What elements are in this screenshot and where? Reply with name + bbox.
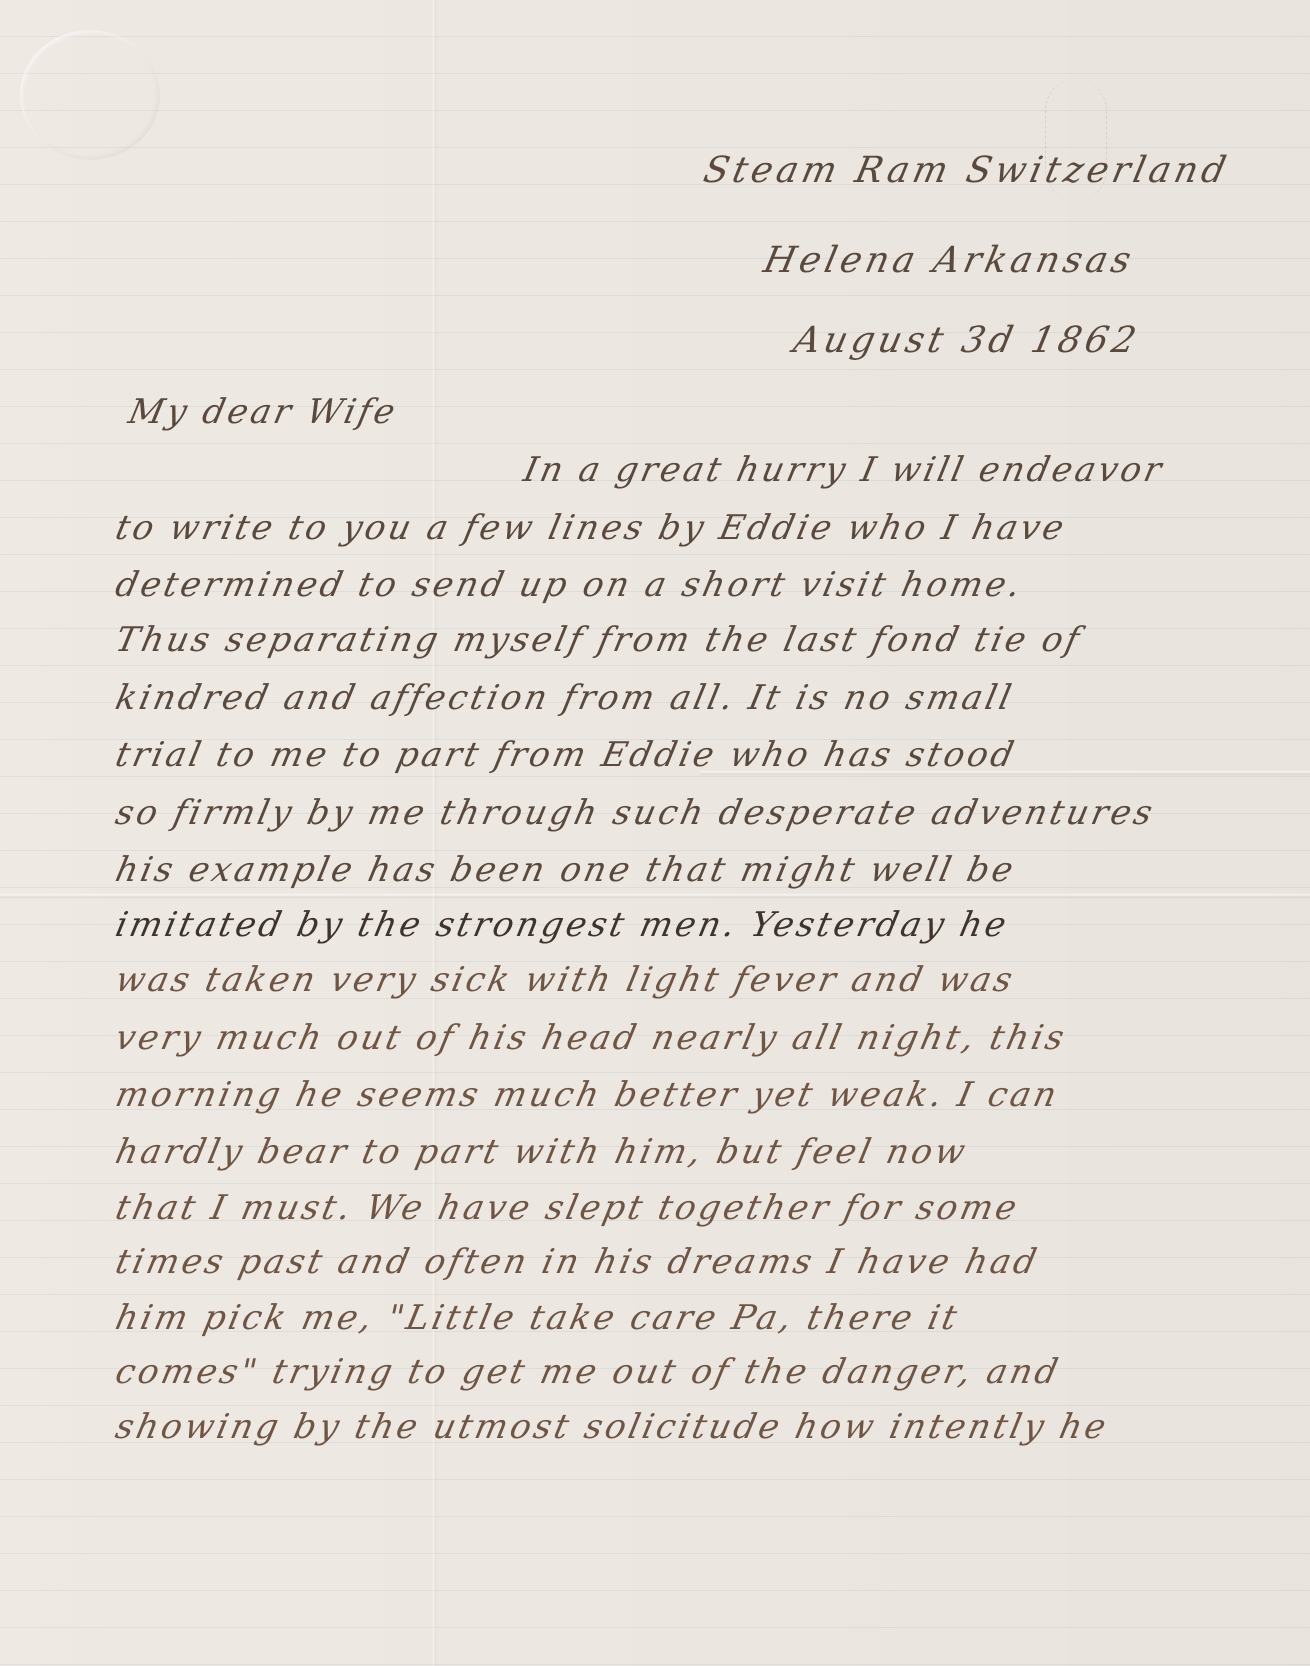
body-line: imitated by the strongest men. Yesterday…: [112, 905, 1013, 945]
paper-emboss-mark: [20, 30, 160, 160]
heading-place-line-1: Steam Ram Switzerland: [700, 150, 1233, 191]
body-line: times past and often in his dreams I hav…: [112, 1242, 1043, 1282]
heading-date: August 3d 1862: [790, 320, 1144, 361]
heading-place-line-2: Helena Arkansas: [760, 240, 1138, 281]
body-line: hardly bear to part with him, but feel n…: [112, 1132, 972, 1172]
body-line: In a great hurry I will endeavor: [520, 450, 1168, 490]
body-line: him pick me, "Little take care Pa, there…: [112, 1298, 963, 1338]
body-line: very much out of his head nearly all nig…: [112, 1018, 1070, 1058]
body-line: to write to you a few lines by Eddie who…: [112, 508, 1070, 548]
body-line: determined to send up on a short visit h…: [112, 565, 1027, 605]
body-line: that I must. We have slept together for …: [112, 1188, 1023, 1228]
body-line: was taken very sick with light fever and…: [112, 960, 1019, 1000]
body-line: kindred and affection from all. It is no…: [112, 678, 1018, 718]
body-line: Thus separating myself from the last fon…: [112, 620, 1086, 660]
body-line: trial to me to part from Eddie who has s…: [112, 735, 1020, 775]
body-line: comes" trying to get me out of the dange…: [112, 1352, 1064, 1392]
body-line: morning he seems much better yet weak. I…: [112, 1075, 1063, 1115]
letter-page: Steam Ram Switzerland Helena Arkansas Au…: [0, 0, 1310, 1666]
body-line: showing by the utmost solicitude how int…: [112, 1407, 1112, 1447]
body-line: his example has been one that might well…: [112, 850, 1020, 890]
horizontal-fold-crease: [0, 893, 1310, 899]
salutation: My dear Wife: [125, 392, 401, 432]
body-line: so firmly by me through such desperate a…: [112, 793, 1159, 833]
